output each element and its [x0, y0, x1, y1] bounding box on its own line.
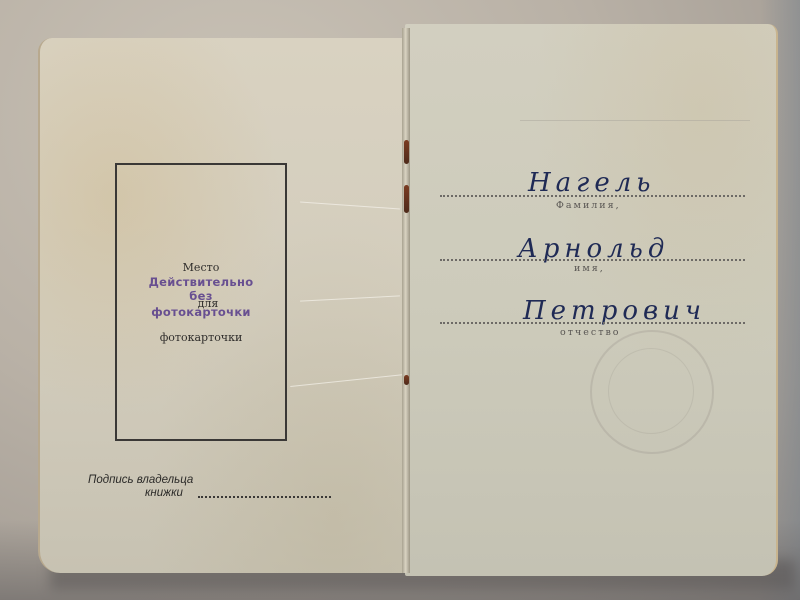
signature-label-line2: книжки	[145, 487, 183, 499]
surname-line	[440, 195, 745, 197]
signature-label-line1: Подпись владельца	[88, 474, 193, 486]
photo-label-line3: фотокарточки	[117, 331, 285, 344]
stamp-line1: Действительно	[117, 275, 285, 289]
patronymic-line	[440, 322, 745, 324]
seal-inner-ring	[608, 348, 694, 434]
surname-value: Нагель	[528, 168, 655, 198]
signature-line	[198, 496, 331, 498]
name-line	[440, 259, 745, 261]
staple	[404, 185, 409, 213]
photo-placeholder-box: Место Действительно без для фотокарточки…	[115, 163, 287, 441]
faint-rule	[520, 120, 750, 121]
surname-label: Фамилия,	[556, 200, 621, 211]
name-label: имя,	[574, 263, 605, 274]
stamp-line3: фотокарточки	[117, 305, 285, 319]
patronymic-label: отчество	[560, 327, 621, 338]
staple	[404, 140, 409, 164]
staple	[404, 375, 409, 385]
photo-label-line1: Место	[117, 261, 285, 274]
booklet-spine	[402, 28, 410, 573]
